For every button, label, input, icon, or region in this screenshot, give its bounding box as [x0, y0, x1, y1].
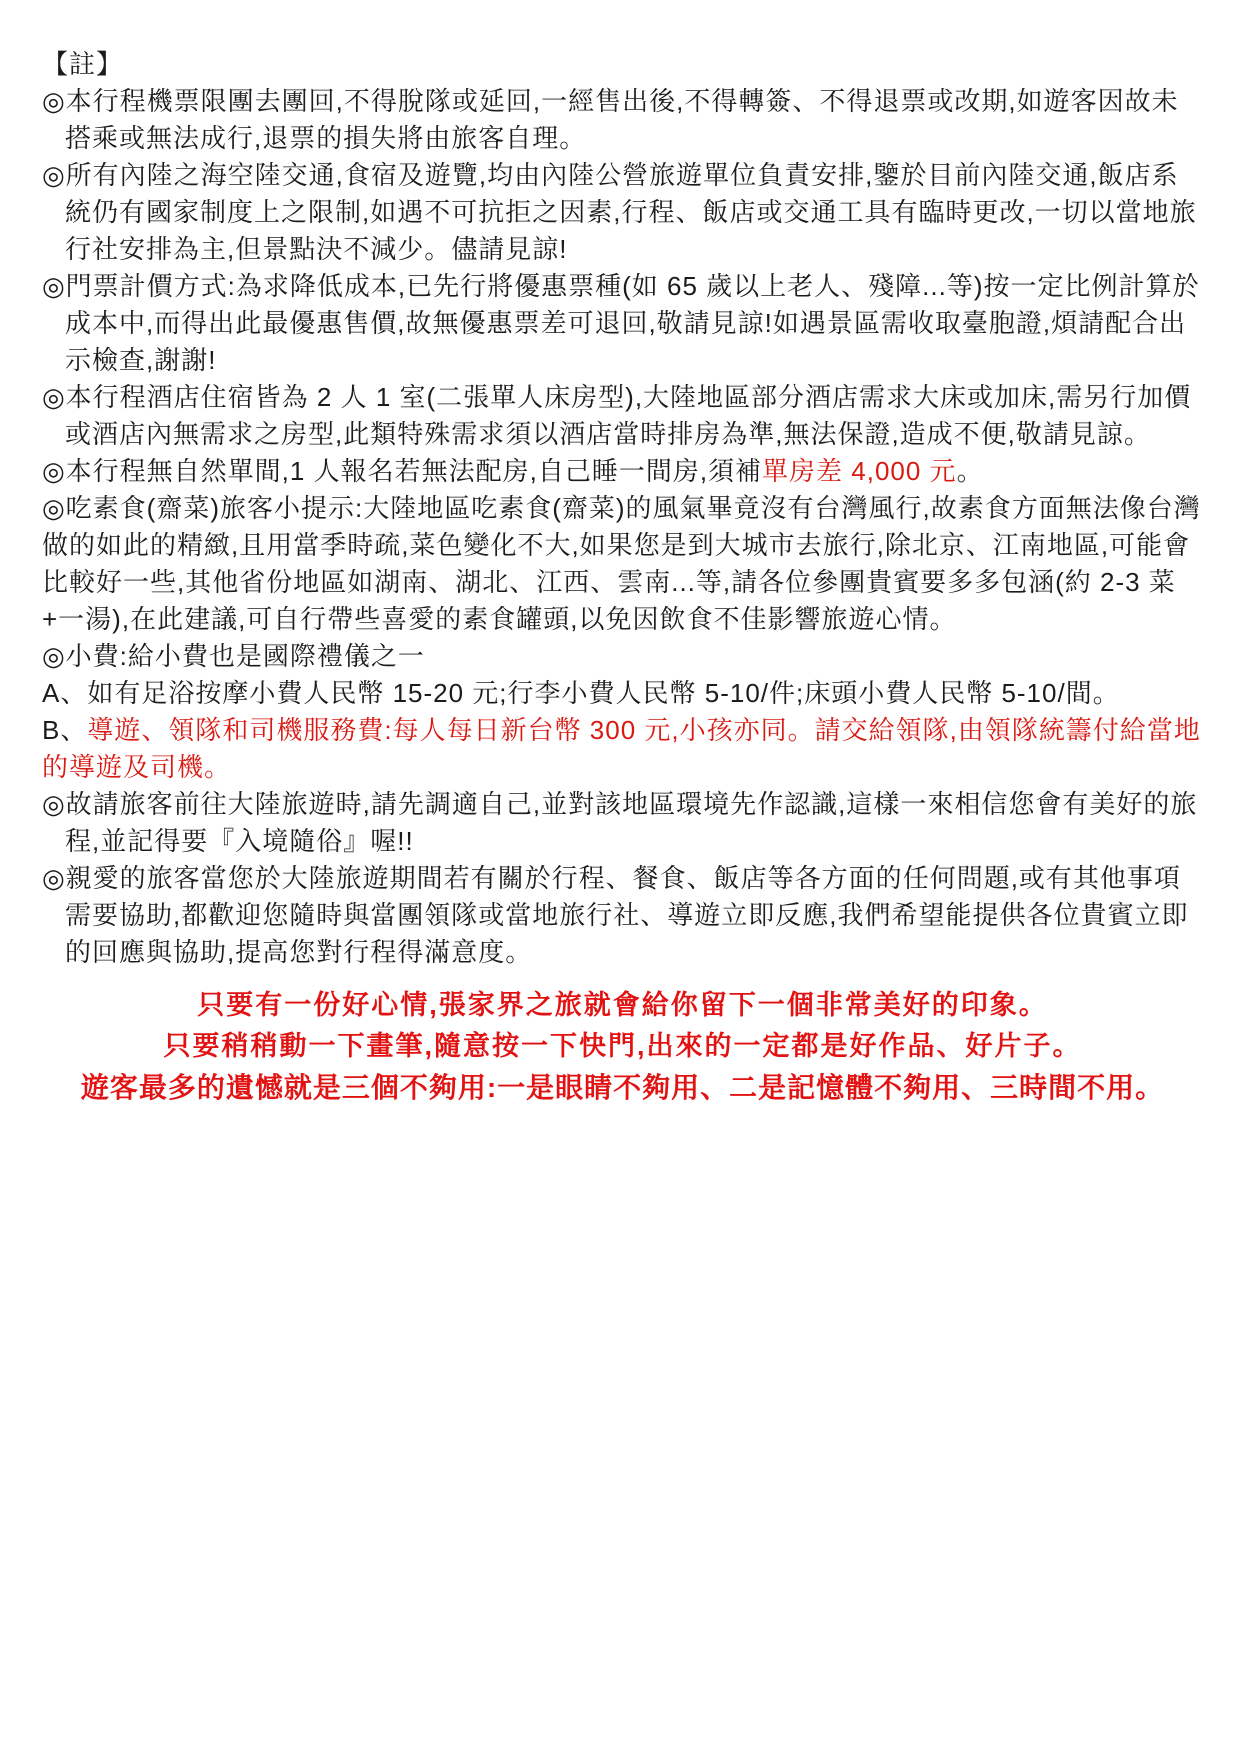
- text-segment: 。: [957, 456, 984, 486]
- text-segment: ◎本行程機票限團去團回,不得脫隊或延回,一經售出後,不得轉簽、不得退票或改期,如…: [42, 86, 1179, 153]
- note-paragraph: ◎故請旅客前往大陸旅遊時,請先調適自己,並對該地區環境先作認識,這樣一來相信您會…: [42, 786, 1203, 860]
- text-segment: ◎所有內陸之海空陸交通,食宿及遊覽,均由內陸公營旅遊單位負責安排,鑒於目前內陸交…: [42, 160, 1197, 264]
- highlight-text: 單房差 4,000 元: [762, 456, 957, 486]
- notes-list: ◎本行程機票限團去團回,不得脫隊或延回,一經售出後,不得轉簽、不得退票或改期,如…: [42, 83, 1203, 971]
- page-title: 【註】: [42, 46, 1203, 83]
- highlight-text: 導遊、領隊和司機服務費:每人每日新台幣 300 元,小孩亦同。請交給領隊,由領隊…: [42, 715, 1201, 782]
- note-paragraph: ◎本行程酒店住宿皆為 2 人 1 室(二張單人床房型),大陸地區部分酒店需求大床…: [42, 379, 1203, 453]
- note-paragraph: A、如有足浴按摩小費人民幣 15-20 元;行李小費人民幣 5-10/件;床頭小…: [42, 675, 1203, 712]
- text-segment: A、如有足浴按摩小費人民幣 15-20 元;行李小費人民幣 5-10/件;床頭小…: [42, 678, 1120, 708]
- footer-slogans: 只要有一份好心情,張家界之旅就會給你留下一個非常美好的印象。只要稍稍動一下畫筆,…: [42, 985, 1203, 1108]
- text-segment: ◎本行程酒店住宿皆為 2 人 1 室(二張單人床房型),大陸地區部分酒店需求大床…: [42, 382, 1191, 449]
- note-paragraph: ◎本行程無自然單間,1 人報名若無法配房,自己睡一間房,須補單房差 4,000 …: [42, 453, 1203, 490]
- note-paragraph: ◎本行程機票限團去團回,不得脫隊或延回,一經售出後,不得轉簽、不得退票或改期,如…: [42, 83, 1203, 157]
- text-segment: ◎吃素食(齋菜)旅客小提示:大陸地區吃素食(齋菜)的風氣畢竟沒有台灣風行,故素食…: [42, 493, 1201, 634]
- note-paragraph: B、導遊、領隊和司機服務費:每人每日新台幣 300 元,小孩亦同。請交給領隊,由…: [42, 712, 1203, 786]
- note-paragraph: ◎小費:給小費也是國際禮儀之一: [42, 638, 1203, 675]
- footer-slogan: 只要有一份好心情,張家界之旅就會給你留下一個非常美好的印象。: [42, 985, 1203, 1026]
- text-segment: ◎本行程無自然單間,1 人報名若無法配房,自己睡一間房,須補: [42, 456, 762, 486]
- text-segment: ◎親愛的旅客當您於大陸旅遊期間若有關於行程、餐食、飯店等各方面的任何問題,或有其…: [42, 863, 1188, 967]
- note-paragraph: ◎吃素食(齋菜)旅客小提示:大陸地區吃素食(齋菜)的風氣畢竟沒有台灣風行,故素食…: [42, 490, 1203, 638]
- document-page: 【註】 ◎本行程機票限團去團回,不得脫隊或延回,一經售出後,不得轉簽、不得退票或…: [0, 0, 1241, 1755]
- note-paragraph: ◎所有內陸之海空陸交通,食宿及遊覽,均由內陸公營旅遊單位負責安排,鑒於目前內陸交…: [42, 157, 1203, 268]
- note-paragraph: ◎親愛的旅客當您於大陸旅遊期間若有關於行程、餐食、飯店等各方面的任何問題,或有其…: [42, 860, 1203, 971]
- note-paragraph: ◎門票計價方式:為求降低成本,已先行將優惠票種(如 65 歲以上老人、殘障...…: [42, 268, 1203, 379]
- text-segment: ◎小費:給小費也是國際禮儀之一: [42, 641, 425, 671]
- footer-slogan: 只要稍稍動一下畫筆,隨意按一下快門,出來的一定都是好作品、好片子。: [42, 1026, 1203, 1067]
- text-segment: B、: [42, 715, 87, 745]
- text-segment: ◎故請旅客前往大陸旅遊時,請先調適自己,並對該地區環境先作認識,這樣一來相信您會…: [42, 789, 1197, 856]
- text-segment: ◎門票計價方式:為求降低成本,已先行將優惠票種(如 65 歲以上老人、殘障...…: [42, 271, 1200, 375]
- footer-slogan: 遊客最多的遺憾就是三個不夠用:一是眼睛不夠用、二是記憶體不夠用、三時間不用。: [42, 1067, 1203, 1108]
